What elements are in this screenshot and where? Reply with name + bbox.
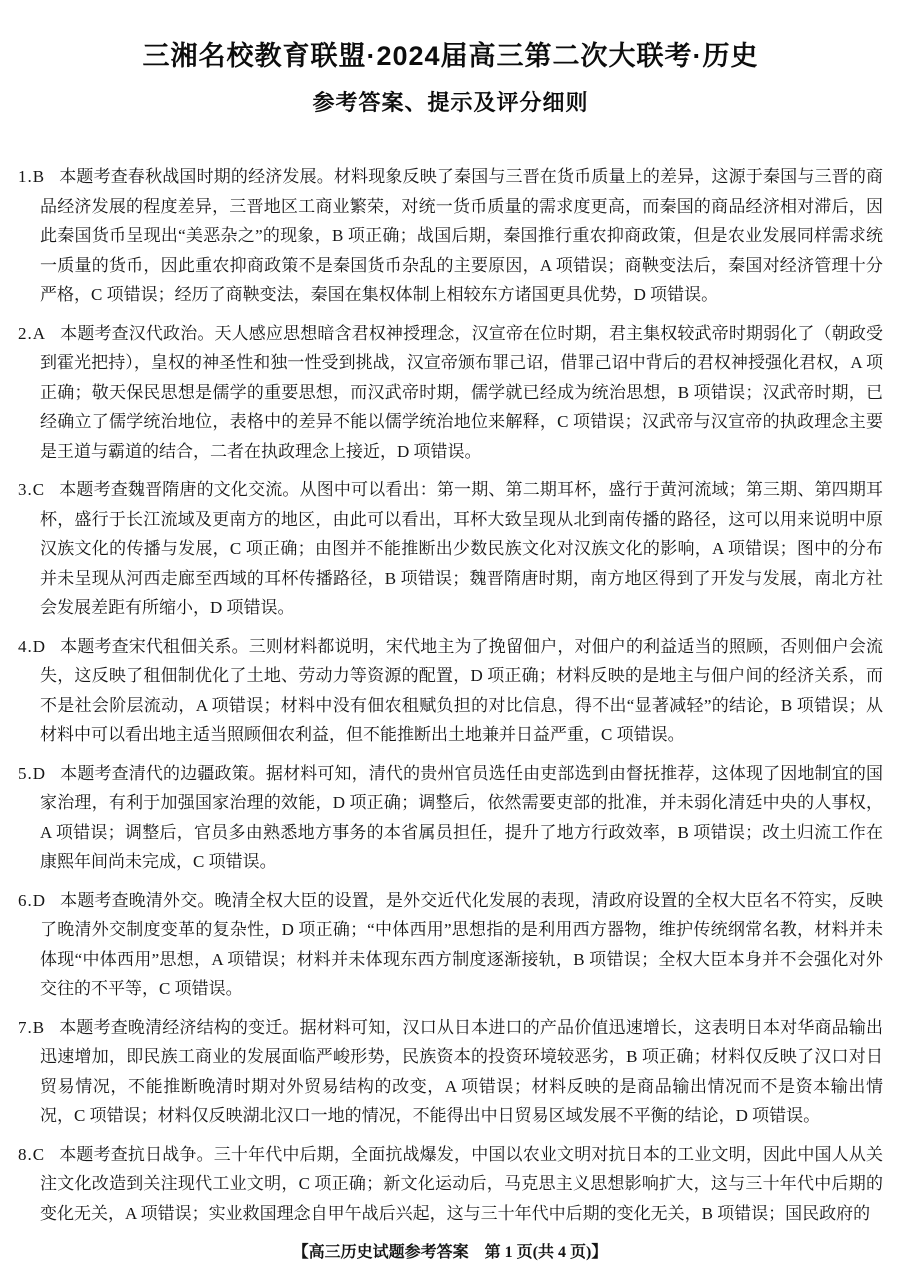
answer-item-7: 7.B本题考查晚清经济结构的变迁。据材料可知，汉口从日本进口的产品价值迅速增长，… (18, 1013, 883, 1131)
answer-item-1: 1.B本题考查春秋战国时期的经济发展。材料现象反映了秦国与三晋在货币质量上的差异… (18, 162, 883, 310)
answer-label-3: 3.C (18, 480, 45, 499)
answer-item-8: 8.C本题考查抗日战争。三十年代中后期，全面抗战爆发，中国以农业文明对抗日本的工… (18, 1140, 883, 1229)
answer-explanation-7: 本题考查晚清经济结构的变迁。据材料可知，汉口从日本进口的产品价值迅速增长，这表明… (40, 1018, 883, 1126)
answer-label-6: 6.D (18, 891, 46, 910)
answer-label-2: 2.A (18, 324, 46, 343)
answer-item-5: 5.D本题考查清代的边疆政策。据材料可知，清代的贵州官员选任由吏部选到由督抚推荐… (18, 759, 883, 877)
answer-label-1: 1.B (18, 167, 45, 186)
answer-explanation-2: 本题考查汉代政治。天人感应思想暗含君权神授理念，汉宣帝在位时期，君主集权较武帝时… (40, 324, 883, 461)
answer-item-6: 6.D本题考查晚清外交。晚清全权大臣的设置，是外交近代化发展的表现，清政府设置的… (18, 886, 883, 1004)
answer-explanation-6: 本题考查晚清外交。晚清全权大臣的设置，是外交近代化发展的表现，清政府设置的全权大… (40, 891, 883, 999)
answer-label-4: 4.D (18, 637, 46, 656)
answer-item-3: 3.C本题考查魏晋隋唐的文化交流。从图中可以看出：第一期、第二期耳杯，盛行于黄河… (18, 475, 883, 623)
answer-item-4: 4.D本题考查宋代租佃关系。三则材料都说明，宋代地主为了挽留佃户，对佃户的利益适… (18, 632, 883, 750)
answers-list: 1.B本题考查春秋战国时期的经济发展。材料现象反映了秦国与三晋在货币质量上的差异… (18, 162, 883, 1228)
answer-label-8: 8.C (18, 1145, 45, 1164)
answer-explanation-4: 本题考查宋代租佃关系。三则材料都说明，宋代地主为了挽留佃户，对佃户的利益适当的照… (40, 637, 883, 745)
answer-explanation-5: 本题考查清代的边疆政策。据材料可知，清代的贵州官员选任由吏部选到由督抚推荐，这体… (40, 764, 883, 872)
page-title: 三湘名校教育联盟·2024届高三第二次大联考·历史 (18, 34, 883, 73)
page-subtitle: 参考答案、提示及评分细则 (18, 86, 883, 117)
answer-sheet-page: 三湘名校教育联盟·2024届高三第二次大联考·历史 参考答案、提示及评分细则 1… (0, 0, 900, 1276)
answer-label-7: 7.B (18, 1018, 45, 1037)
answer-explanation-3: 本题考查魏晋隋唐的文化交流。从图中可以看出：第一期、第二期耳杯，盛行于黄河流域；… (40, 480, 883, 617)
answer-item-2: 2.A本题考查汉代政治。天人感应思想暗含君权神授理念，汉宣帝在位时期，君主集权较… (18, 319, 883, 467)
answer-label-5: 5.D (18, 764, 46, 783)
answer-explanation-8: 本题考查抗日战争。三十年代中后期，全面抗战爆发，中国以农业文明对抗日本的工业文明… (40, 1145, 883, 1223)
page-footer: 【高三历史试题参考答案 第 1 页(共 4 页)】 (0, 1239, 900, 1262)
answer-explanation-1: 本题考查春秋战国时期的经济发展。材料现象反映了秦国与三晋在货币质量上的差异，这源… (40, 167, 883, 304)
